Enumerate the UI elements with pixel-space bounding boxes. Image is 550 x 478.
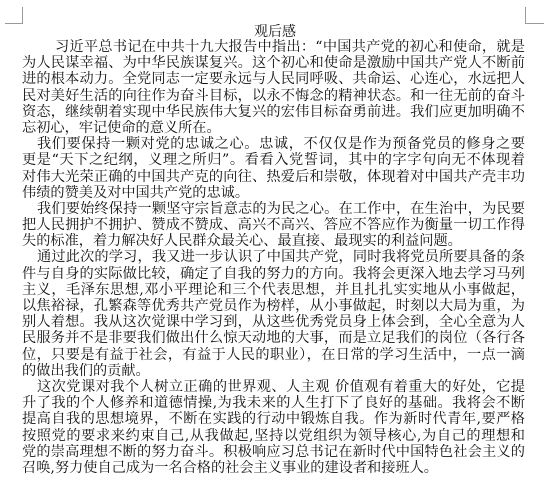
paragraph-2: 我们要保持一颗对党的忠诚之心。忠诚，不仅仅是作为预备党员的修身之要 更是“天下之… (22, 136, 525, 201)
text-line: 失的标准，着力解决好人民群众最关心、最直接、最现实的利益问题。 (22, 233, 525, 249)
text-line: 主义，毛泽东思想,邓小平理论和三个代表思想，并且扎扎实实地从小事做起， (22, 282, 525, 298)
text-line: 民服务并不是非要我们做出什么惊天动地的大事，而是立足我们的岗位（各行各 (22, 330, 525, 346)
text-line: 以焦裕禄，孔繁森等优秀共产党员作为榜样，从小事做起，时刻以大局为重，为 (22, 298, 525, 314)
text-line: 资态，继续朝着实现中华民族伟大复兴的宏伟目标奋勇前进。我们应更加明确不 (22, 104, 525, 120)
text-line: 这次党课对我个人树立正确的世界观、人主观 价值观有着重大的好处，它提 (22, 379, 525, 395)
text-line: 把人民拥护不拥护、赞成不赞成、高兴不高兴、答应不答应作为衡量一切工作得 (22, 217, 525, 233)
paragraph-4: 通过此次的学习，我又进一步认识了中国共产党，同时我将党员所要具备的条 件与自身的… (22, 249, 525, 379)
text-line: 我们要保持一颗对党的忠诚之心。忠诚，不仅仅是作为预备党员的修身之要 (22, 136, 525, 152)
text-line: 对伟大光荣正确的中国共产克的向往、热爱后和崇敬，体现着对中国共产壳丰功 (22, 169, 525, 185)
text-line: 党的崇高理想不断的努力奋斗。积极响应习总书记在新时代中国特色社会主义的 (22, 444, 525, 460)
paragraph-5: 这次党课对我个人树立正确的世界观、人主观 价值观有着重大的好处，它提 升了我的个… (22, 379, 525, 476)
text-line: 进的根本动力。全党同志一定要永远与人民同呼吸、共命运、心连心，水远把人 (22, 71, 525, 87)
text-line: 提高自我的思想境界，不断在实践的行动中锻炼自我。作为新时代青年,要严格 (22, 411, 525, 427)
crop-mark-top-left (5, 7, 23, 24)
text-line: 为人民谋幸福、为中华民族谋复兴。这个初心和使命是激励中国共产党人不断前 (22, 55, 525, 71)
text-line: 忘初心，牢记使命的意义所在。 (22, 120, 525, 136)
text-line: 件与自身的实际做比较，确定了自我的努力的方向。我将会更深入地去学习马列 (22, 266, 525, 282)
text-line: 伟绩的赞美及对中国共产党的忠诚。 (22, 185, 525, 201)
text-line: 按照党的要求来约束自己,从我做起,坚持以党组织为领导核心,为自己的理想和 (22, 428, 525, 444)
crop-mark-top-right (525, 7, 544, 24)
text-line: 习近平总书记在中共十九大报告中指出：“中国共产党的初心和使命，就是 (22, 39, 525, 55)
text-line: 民对美好生活的向往作为奋斗目标，以永不悔念的精神状态。和一往无前的奋斗 (22, 88, 525, 104)
text-line: 的做出我们的贡献。 (22, 363, 525, 379)
paragraph-3: 我们要始终保持一颗坚守宗旨意志的为民之心。在工作中，在生治中，为民要 把人民拥护… (22, 201, 525, 250)
paragraph-1: 习近平总书记在中共十九大报告中指出：“中国共产党的初心和使命，就是 为人民谋幸福… (22, 39, 525, 136)
text-line: 更是“天下之纪纲，义理之所归”。看看入党誓词，其中的字字句向无不体现着 (22, 152, 525, 168)
document-body: 习近平总书记在中共十九大报告中指出：“中国共产党的初心和使命，就是 为人民谋幸福… (22, 39, 525, 476)
text-line: 升了我的个人修养和道德情操,为我未来的人生打下了良好的基础。我将会不断 (22, 395, 525, 411)
text-line: 位，只要是有益于社会，有益于人民的职业），在日常的学习生活中，一点一滴 (22, 347, 525, 363)
text-line: 通过此次的学习，我又进一步认识了中国共产党，同时我将党员所要具备的条 (22, 249, 525, 265)
text-line: 别人着想。我从这次觉课中学习到，从这些优秀党员身上体会到，全心全意为人 (22, 314, 525, 330)
text-line: 我们要始终保持一颗坚守宗旨意志的为民之心。在工作中，在生治中，为民要 (22, 201, 525, 217)
text-line: 召唤,努力使自己成为一名合格的社会主义事业的建设者和接班人。 (22, 460, 525, 476)
